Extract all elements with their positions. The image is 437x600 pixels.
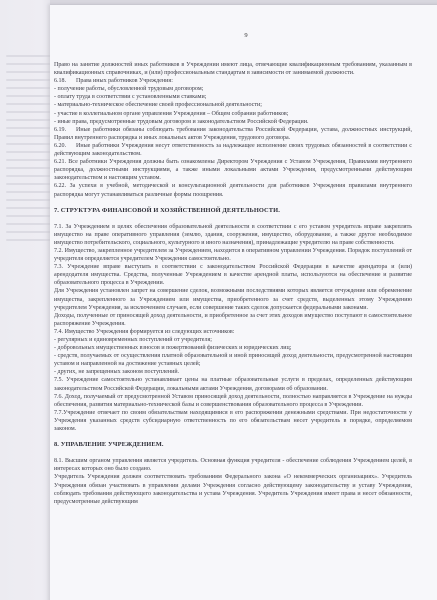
list-item: - добровольных имущественных взносов и п… bbox=[54, 344, 412, 352]
clause-number: 6.19. bbox=[54, 126, 76, 134]
clause-7-5: 7.5. Учреждение самостоятельно устанавли… bbox=[54, 376, 412, 392]
section-7-heading: 7. СТРУКТУРА ФИНАНСОВОЙ И ХОЗЯЙСТВЕННОЙ … bbox=[54, 207, 412, 215]
clause-6-18: 6.18.Права иных работников Учреждения: bbox=[54, 77, 412, 85]
bleed-through-text bbox=[6, 55, 54, 247]
document-page: 9 Право на занятие должностей иных работ… bbox=[50, 4, 437, 600]
list-item: - иные права, предусмотренные трудовым д… bbox=[54, 118, 412, 126]
list-item: - регулярных и единовременных поступлени… bbox=[54, 336, 412, 344]
list-item: - оплату труда в соответствии с установл… bbox=[54, 93, 412, 101]
clause-text: Иные работники обязаны соблюдать требова… bbox=[54, 127, 412, 141]
page-number: 9 bbox=[50, 32, 437, 39]
list-item: - получение работы, обусловленной трудов… bbox=[54, 85, 412, 93]
clause-8-1: 8.1. Высшим органом управления является … bbox=[54, 457, 412, 473]
clause-7-1: 7.1. За Учреждением в целях обеспечения … bbox=[54, 223, 412, 247]
clause-text: Иные работники Учреждения несут ответств… bbox=[54, 143, 412, 157]
clause-text: Права иных работников Учреждения: bbox=[76, 78, 173, 84]
clause-7-4: 7.4. Имущество Учреждения формируется из… bbox=[54, 328, 412, 336]
section-8-heading: 8. УПРАВЛЕНИЕ УЧРЕЖДЕНИЕМ. bbox=[54, 441, 412, 449]
clause-7-6: 7.6. Доход, получаемый от предусмотренно… bbox=[54, 393, 412, 409]
clause-number: 6.18. bbox=[54, 77, 76, 85]
list-item: - других, не запрещенных законом поступл… bbox=[54, 368, 412, 376]
clause-6-21: 6.21. Все работники Учреждения должны бы… bbox=[54, 158, 412, 182]
clause-6-19: 6.19.Иные работники обязаны соблюдать тр… bbox=[54, 126, 412, 142]
list-item: - средств, получаемых от осуществления п… bbox=[54, 352, 412, 368]
clause-7-3: 7.3. Учреждение вправе выступать в соотв… bbox=[54, 263, 412, 287]
clause-7-2: 7.2. Имущество, закрепленное учредителем… bbox=[54, 247, 412, 263]
clause-8-1-founder: Учредитель Учреждения должен соответство… bbox=[54, 473, 412, 505]
clause-7-7: 7.7.Учреждение отвечает по своим обязате… bbox=[54, 409, 412, 433]
clause-6-20: 6.20.Иные работники Учреждения несут отв… bbox=[54, 142, 412, 158]
clause-number: 6.20. bbox=[54, 142, 76, 150]
list-item: - участие в коллегиальном органе управле… bbox=[54, 110, 412, 118]
clause-6-22: 6.22. За успехи в учебной, методической … bbox=[54, 182, 412, 198]
paragraph-qualifications: Право на занятие должностей иных работни… bbox=[54, 61, 412, 77]
clause-7-3-restriction: Для Учреждения установлен запрет на сове… bbox=[54, 287, 412, 311]
list-item: - материально-техническое обеспечение св… bbox=[54, 101, 412, 109]
page-content: Право на занятие должностей иных работни… bbox=[54, 61, 412, 506]
clause-7-3-income: Доходы, полученные от приносящей доход д… bbox=[54, 312, 412, 328]
